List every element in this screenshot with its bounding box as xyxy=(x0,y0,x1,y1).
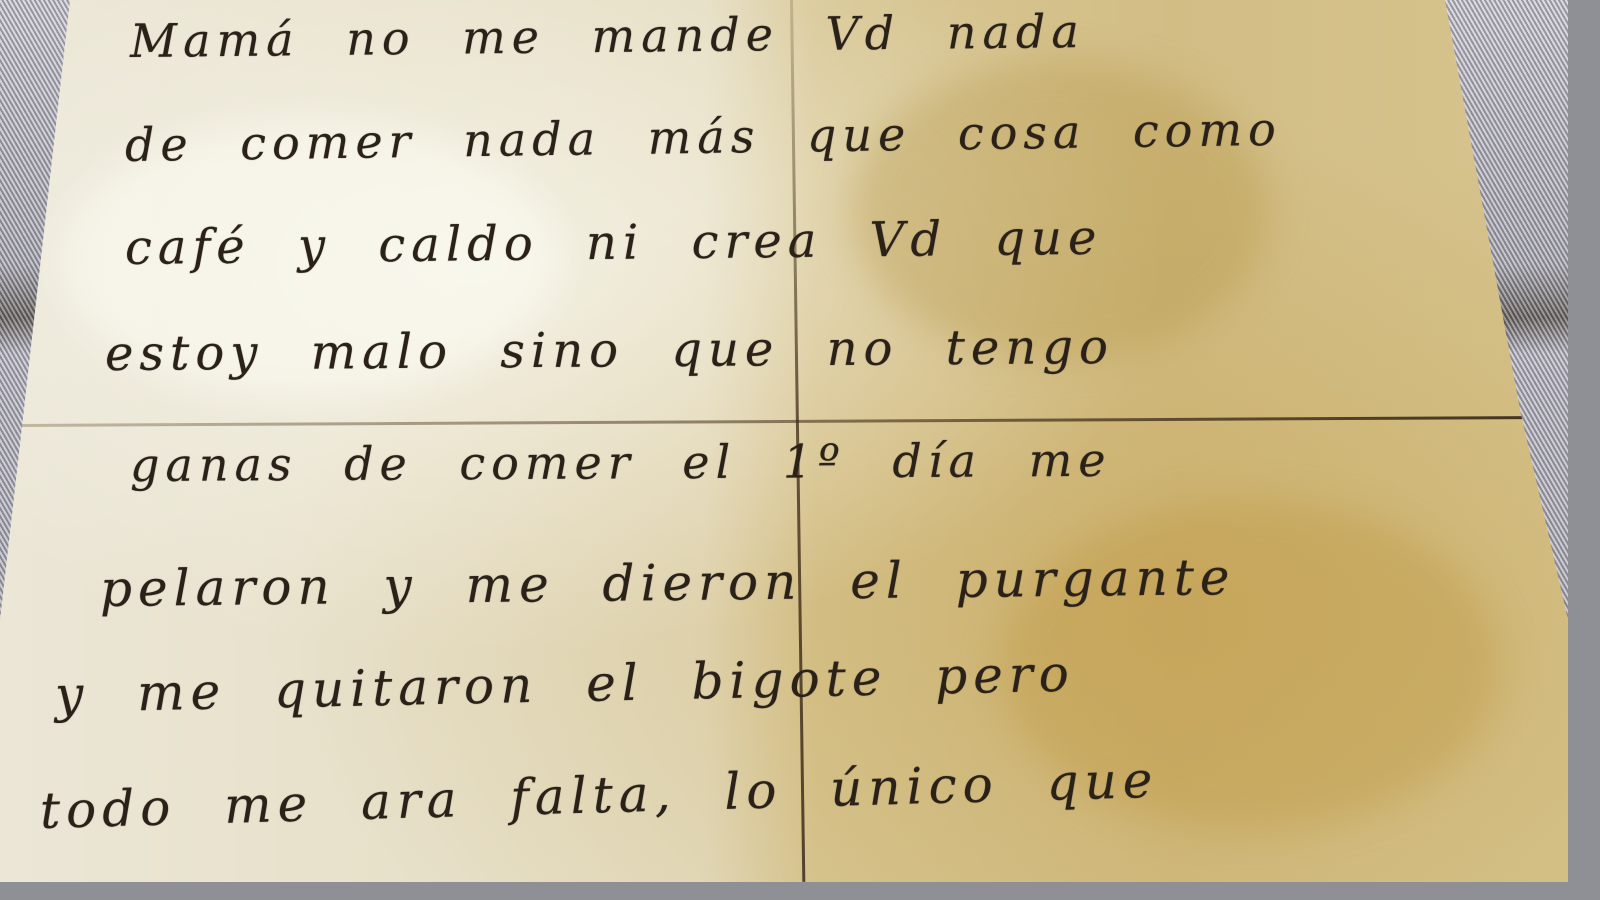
letter-line-7: y me quitaron el bigote pero xyxy=(54,645,1075,724)
photo-scene: Mamá no me mande Vd nada de comer nada m… xyxy=(0,0,1568,882)
letter-line-2: de comer nada más que cosa como xyxy=(125,102,1282,172)
letter-line-8: todo me ara falta, lo único que xyxy=(39,751,1159,840)
letter-paper: Mamá no me mande Vd nada de comer nada m… xyxy=(0,0,1568,882)
letter-line-1: Mamá no me mande Vd nada xyxy=(130,4,1085,68)
letter-line-6: pelaron y me dieron el purgante xyxy=(100,548,1236,618)
handwritten-text: Mamá no me mande Vd nada de comer nada m… xyxy=(0,0,1568,882)
letter-line-4: estoy malo sino que no tengo xyxy=(105,319,1114,382)
letter-line-5: ganas de comer el 1º día me xyxy=(130,433,1112,492)
letter-line-3: café y caldo ni crea Vd que xyxy=(125,210,1103,276)
